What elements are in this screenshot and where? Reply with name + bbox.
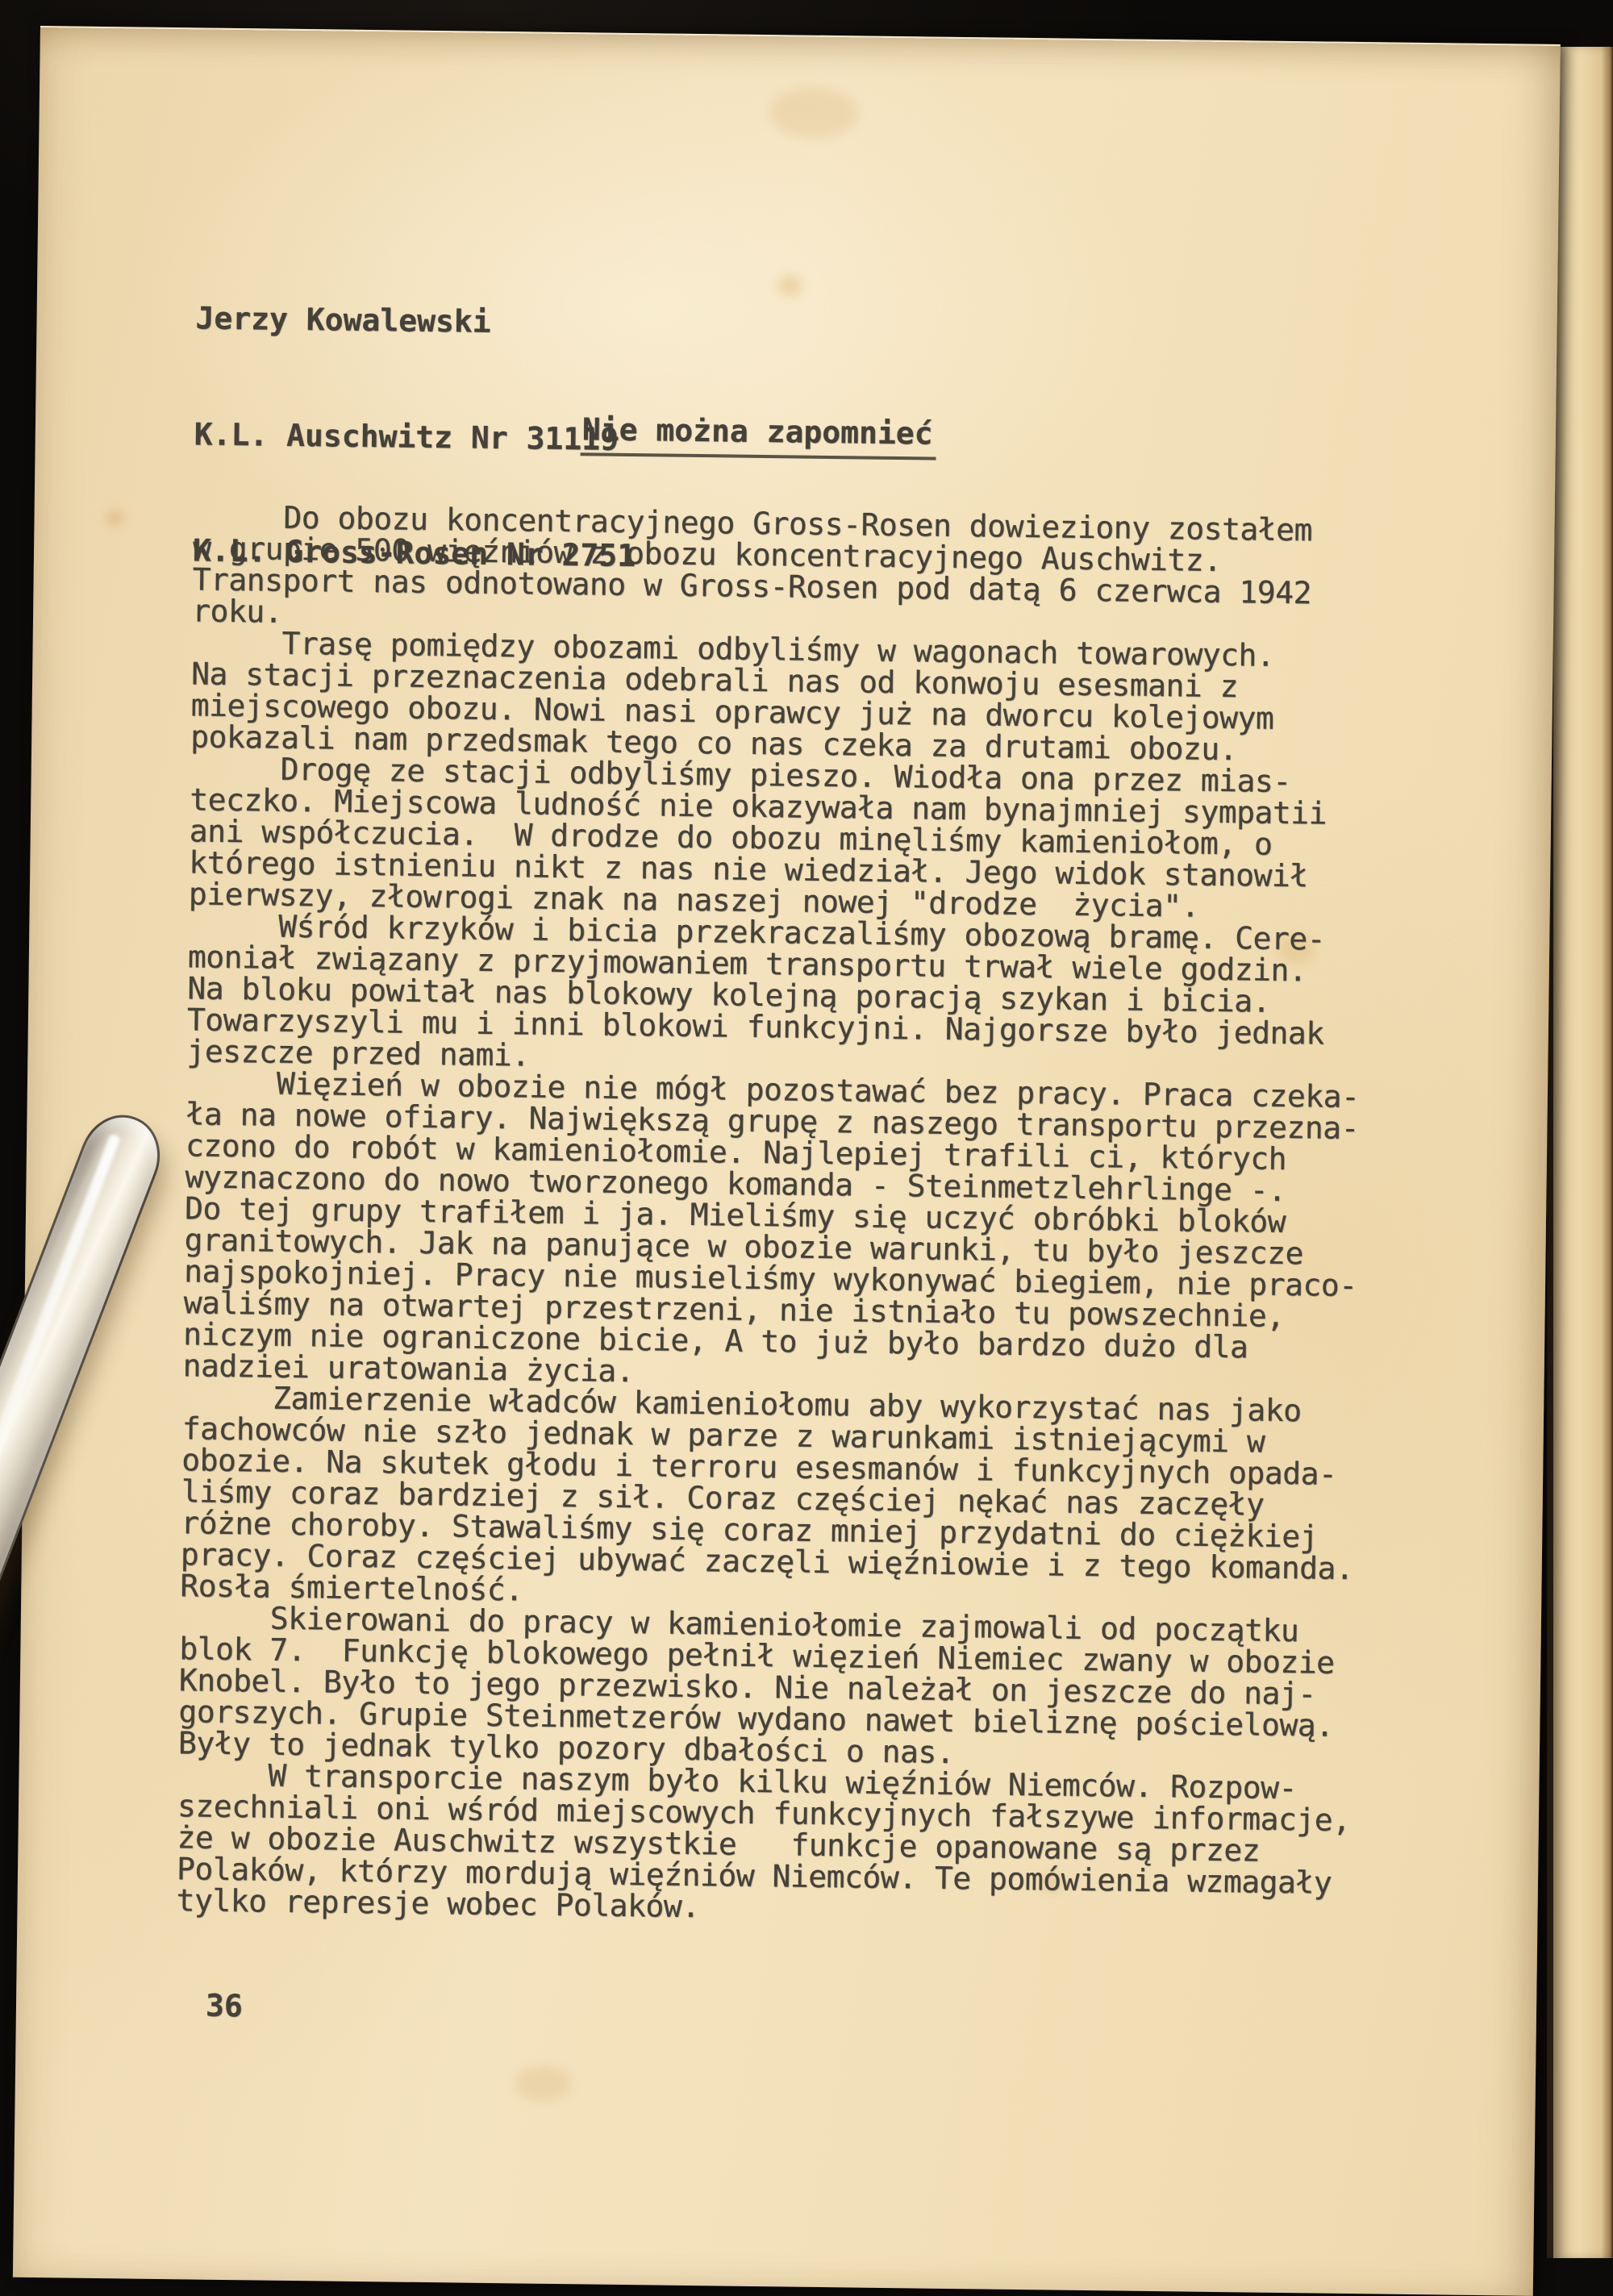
paper-stain	[515, 2065, 573, 2102]
chapter-title: Nie można zapomnieć	[581, 411, 936, 460]
document-page: Jerzy Kowalewski K.L. Auschwitz Nr 31119…	[13, 26, 1561, 2258]
paper-stain	[777, 275, 802, 296]
paper-stain	[769, 86, 858, 139]
paper-stain	[106, 510, 123, 525]
scan-background: Jerzy Kowalewski K.L. Auschwitz Nr 31119…	[0, 0, 1613, 2258]
page-number: 36	[206, 1988, 243, 2024]
author-name: Jerzy Kowalewski	[195, 298, 639, 343]
camp-number-auschwitz: K.L. Auschwitz Nr 31119	[194, 415, 638, 459]
adjacent-page-edge	[1547, 47, 1613, 2258]
memoir-text: Do obozu koncentracyjnego Gross-Rosen do…	[176, 501, 1451, 1931]
